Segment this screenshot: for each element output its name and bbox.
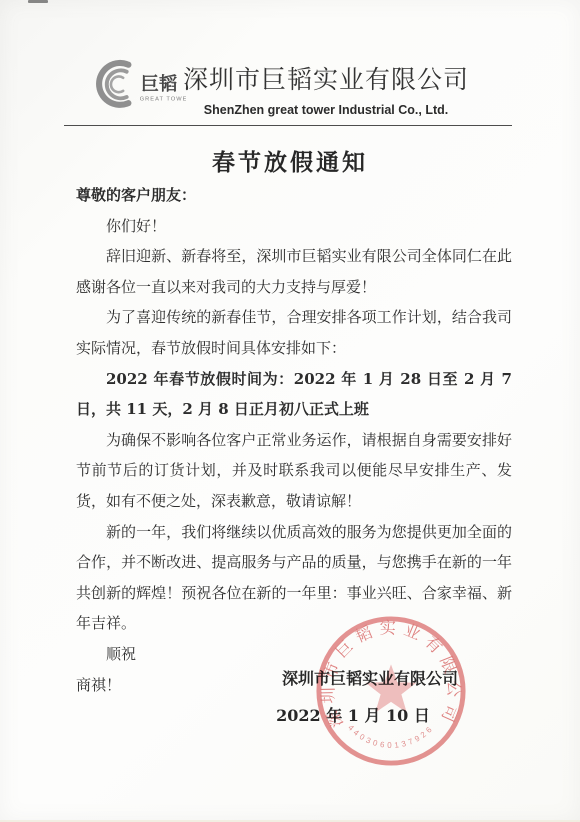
paragraph-thanks: 辞旧迎新、新春将至，深圳市巨韬实业有限公司全体同仁在此感谢各位一直以来对我司的大… (76, 241, 512, 302)
logo-cn-text: 巨韬 (141, 73, 178, 95)
signature-date: 2022 年 1 月 10 日 (240, 703, 466, 726)
paragraph-holiday-dates: 2022 年春节放假时间为：2022 年 1 月 28 日至 2 月 7 日，共… (76, 364, 512, 425)
company-name-english: ShenZhen great tower Industrial Co., Ltd… (182, 103, 470, 117)
paragraph-new-year-wishes: 新的一年，我们将继续以优质高效的服务为您提供更加全面的合作，并不断改进、提高服务… (76, 517, 512, 639)
company-names: 深圳市巨韬实业有限公司 ShenZhen great tower Industr… (182, 60, 470, 117)
paragraph-greeting: 你们好！ (76, 211, 512, 242)
paragraph-order-notice: 为确保不影响各位客户正常业务运作，请根据自身需要安排好节前节后的订货计划，并及时… (76, 425, 512, 517)
logo-inner-crescent (111, 77, 123, 93)
logo-en-text: GREAT TOWER (140, 96, 186, 102)
salutation: 尊敬的客户朋友： (76, 180, 512, 211)
logo-swirl-icon: 巨韬 GREAT TOWER (90, 56, 186, 110)
signature-block: 深圳市巨韬实业有限公司 2022 年 1 月 10 日 (240, 666, 500, 726)
seal-serial-number: 4403060137926 (346, 723, 436, 750)
scan-artifact-mark (28, 0, 48, 3)
document-title: 春节放假通知 (0, 144, 580, 177)
signature-company: 深圳市巨韬实业有限公司 (240, 666, 500, 689)
company-name-chinese: 深圳市巨韬实业有限公司 (182, 60, 470, 96)
letter-page: 巨韬 GREAT TOWER 深圳市巨韬实业有限公司 ShenZhen grea… (0, 0, 580, 822)
header-divider-line (64, 125, 512, 126)
letter-body: 尊敬的客户朋友： 你们好！ 辞旧迎新、新春将至，深圳市巨韬实业有限公司全体同仁在… (76, 180, 512, 700)
company-logo: 巨韬 GREAT TOWER (90, 56, 186, 114)
paragraph-plan: 为了喜迎传统的新春佳节，合理安排各项工作计划，结合我司实际情况，春节放假时间具体… (76, 302, 512, 363)
closing-line-1: 顺祝 (76, 639, 512, 670)
